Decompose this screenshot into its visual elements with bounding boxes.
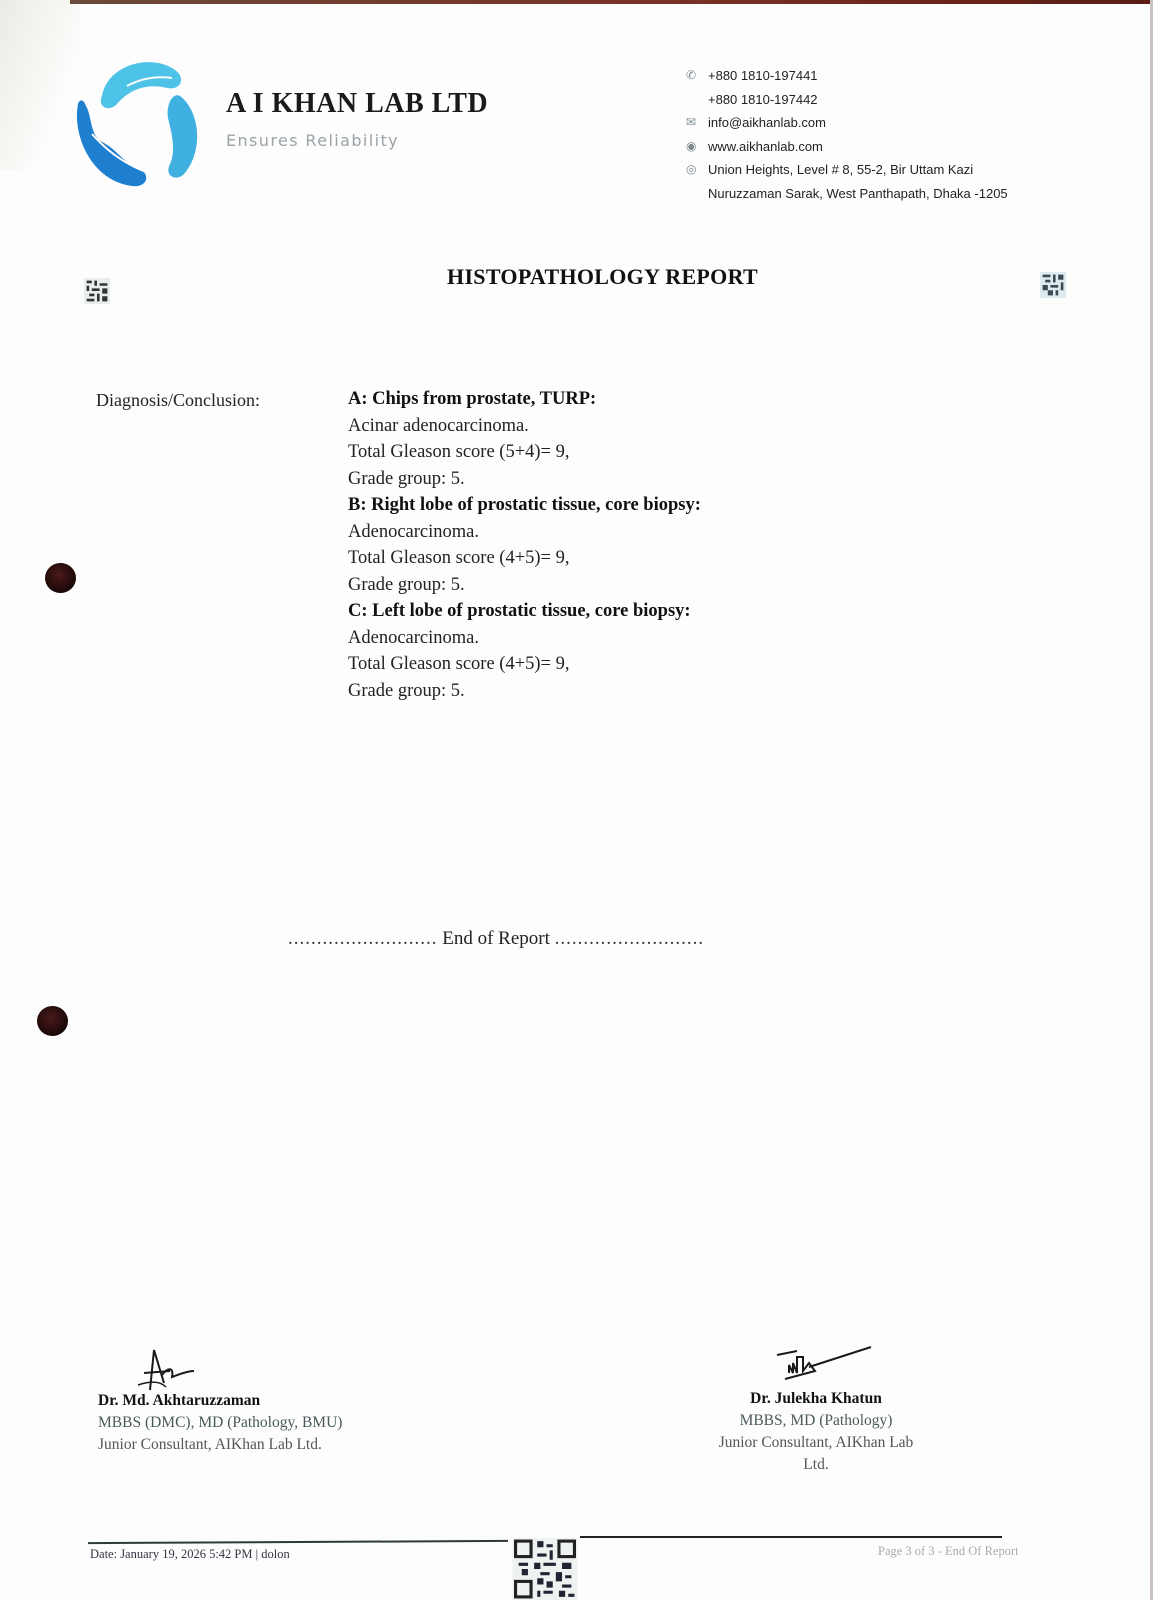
section-b-line: Grade group: 5. bbox=[348, 572, 701, 599]
section-b-line: Total Gleason score (4+5)= 9, bbox=[348, 545, 701, 572]
section-b-line: Adenocarcinoma. bbox=[348, 519, 701, 546]
email-icon: ✉ bbox=[686, 111, 708, 135]
email-address: info@aikhanlab.com bbox=[708, 111, 826, 135]
section-c-heading: C: Left lobe of prostatic tissue, core b… bbox=[348, 598, 701, 625]
section-b-heading: B: Right lobe of prostatic tissue, core … bbox=[348, 492, 701, 519]
location-icon: ◎ bbox=[686, 158, 708, 182]
signatory-left: Dr. Md. Akhtaruzzaman MBBS (DMC), MD (Pa… bbox=[98, 1390, 342, 1456]
diagnosis-body: A: Chips from prostate, TURP: Acinar ade… bbox=[348, 386, 701, 704]
section-a-heading: A: Chips from prostate, TURP: bbox=[348, 386, 701, 413]
signatory-degrees: MBBS, MD (Pathology) bbox=[710, 1410, 922, 1432]
website: www.aikhanlab.com bbox=[708, 135, 823, 159]
page-info: Page 3 of 3 - End Of Report bbox=[878, 1544, 1019, 1559]
qr-code-right-icon bbox=[1040, 272, 1066, 298]
section-a-line: Acinar adenocarcinoma. bbox=[348, 413, 701, 440]
address-line-1: Union Heights, Level # 8, 55-2, Bir Utta… bbox=[708, 158, 973, 182]
paper-top-edge bbox=[70, 0, 1153, 4]
contact-block: ✆+880 1810-197441 +880 1810-197442 ✉info… bbox=[686, 64, 1008, 205]
qr-code-footer-icon bbox=[512, 1538, 578, 1600]
signatory-position: Junior Consultant, AIKhan Lab Ltd. bbox=[710, 1432, 922, 1476]
footer-divider bbox=[88, 1540, 508, 1544]
footer-divider bbox=[580, 1536, 1002, 1538]
phone-icon: ✆ bbox=[686, 64, 708, 88]
signatory-right: Dr. Julekha Khatun MBBS, MD (Pathology) … bbox=[710, 1388, 922, 1476]
punch-hole bbox=[37, 1006, 68, 1036]
company-tagline: Ensures Reliability bbox=[226, 131, 399, 150]
print-date: Date: January 19, 2026 5:42 PM | dolon bbox=[90, 1547, 290, 1562]
section-c-line: Total Gleason score (4+5)= 9, bbox=[348, 651, 701, 678]
phone-2: +880 1810-197442 bbox=[708, 88, 818, 112]
phone-1: +880 1810-197441 bbox=[708, 64, 818, 88]
report-title: HISTOPATHOLOGY REPORT bbox=[0, 264, 1153, 290]
section-a-line: Grade group: 5. bbox=[348, 466, 701, 493]
signatory-degrees: MBBS (DMC), MD (Pathology, BMU) bbox=[98, 1412, 342, 1434]
signatory-name: Dr. Md. Akhtaruzzaman bbox=[98, 1390, 342, 1412]
punch-hole bbox=[45, 563, 76, 593]
section-a-line: Total Gleason score (5+4)= 9, bbox=[348, 439, 701, 466]
end-of-report-text: End of Report bbox=[442, 928, 550, 949]
company-name: A I KHAN LAB LTD bbox=[226, 88, 488, 120]
signatory-name: Dr. Julekha Khatun bbox=[710, 1388, 922, 1410]
signatory-position: Junior Consultant, AIKhan Lab Ltd. bbox=[98, 1434, 342, 1456]
address-line-2: Nuruzzaman Sarak, West Panthapath, Dhaka… bbox=[708, 182, 1008, 206]
signature-left-icon bbox=[130, 1345, 200, 1395]
section-c-line: Adenocarcinoma. bbox=[348, 625, 701, 652]
end-dots-left: .......................... bbox=[288, 928, 438, 949]
section-c-line: Grade group: 5. bbox=[348, 678, 701, 705]
photo-background bbox=[0, 0, 80, 170]
diagnosis-label: Diagnosis/Conclusion: bbox=[96, 390, 260, 411]
end-of-report: .......................... End of Report… bbox=[288, 928, 704, 950]
end-dots-right: .......................... bbox=[555, 928, 705, 949]
leaf-swirl-logo-icon bbox=[72, 56, 202, 191]
globe-icon: ◉ bbox=[686, 135, 708, 159]
signature-right-icon bbox=[775, 1343, 875, 1388]
